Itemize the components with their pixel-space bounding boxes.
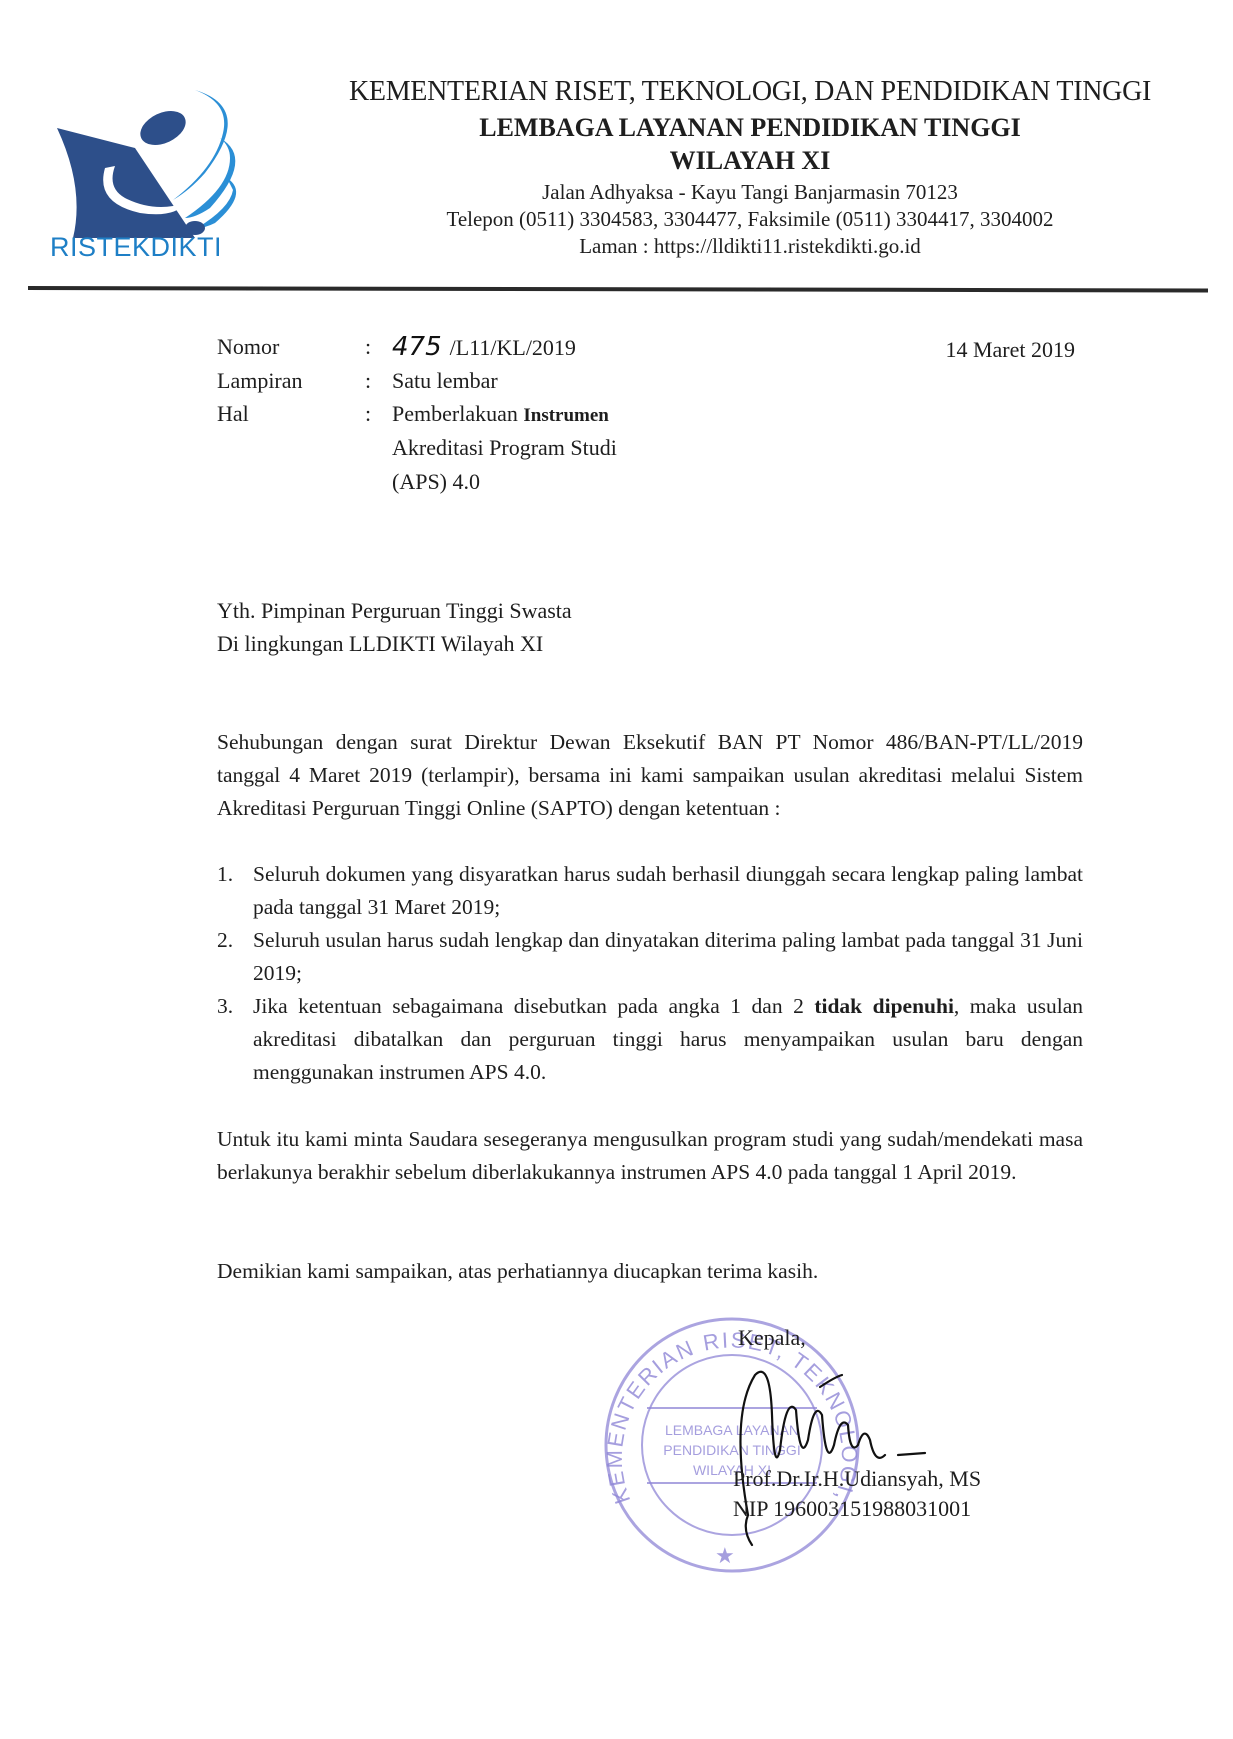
ministry-name: KEMENTERIAN RISET, TEKNOLOGI, DAN PENDID… xyxy=(270,76,1230,108)
list-number: 2. xyxy=(217,924,253,990)
letterhead-divider xyxy=(28,286,1208,292)
lampiran-value: Satu lembar xyxy=(392,365,498,397)
hal-line1: Pemberlakuan Instrumen xyxy=(392,398,609,432)
hal-label: Hal xyxy=(217,398,249,430)
phone-fax: Telepon (0511) 3304583, 3304477, Faksimi… xyxy=(270,207,1230,232)
address: Jalan Adhyaksa - Kayu Tangi Banjarmasin … xyxy=(270,180,1230,205)
nomor-colon: : xyxy=(365,331,371,363)
lampiran-label: Lampiran xyxy=(217,365,303,397)
emphasis-text: tidak dipenuhi xyxy=(814,994,954,1018)
intro-paragraph: Sehubungan dengan surat Direktur Dewan E… xyxy=(217,726,1083,825)
nomor-suffix: /L11/KL/2019 xyxy=(450,335,576,360)
closing-paragraph: Demikian kami sampaikan, atas perhatiann… xyxy=(217,1255,1083,1288)
hal-prefix: Pemberlakuan xyxy=(392,401,523,426)
hal-line2: Akreditasi Program Studi xyxy=(392,432,617,464)
list-number: 1. xyxy=(217,858,253,924)
requirements-list: 1. Seluruh dokumen yang disyaratkan haru… xyxy=(217,858,1083,1089)
signatory-title: Kepala, xyxy=(738,1325,806,1351)
handwritten-signature-icon xyxy=(700,1355,980,1555)
request-paragraph: Untuk itu kami minta Saudara sesegeranya… xyxy=(217,1123,1083,1189)
nomor-handwritten: 475 xyxy=(392,332,442,362)
list-number: 3. xyxy=(217,990,253,1089)
list-text: Seluruh dokumen yang disyaratkan harus s… xyxy=(253,858,1083,924)
lampiran-colon: : xyxy=(365,365,371,397)
letter-date: 14 Maret 2019 xyxy=(945,337,1075,363)
addressee-line2: Di lingkungan LLDIKTI Wilayah XI xyxy=(217,631,543,657)
list-item: 2. Seluruh usulan harus sudah lengkap da… xyxy=(217,924,1083,990)
list-text: Jika ketentuan sebagaimana disebutkan pa… xyxy=(253,990,1083,1089)
addressee-line1: Yth. Pimpinan Perguruan Tinggi Swasta xyxy=(217,598,572,624)
list-item: 3. Jika ketentuan sebagaimana disebutkan… xyxy=(217,990,1083,1089)
institution-name-line2: WILAYAH XI xyxy=(270,146,1230,176)
signatory-name: Prof.Dr.Ir.H.Udiansyah, MS xyxy=(733,1466,981,1492)
logo-wordmark: RISTEKDIKTI xyxy=(50,232,222,263)
nomor-label: Nomor xyxy=(217,331,279,363)
list-item: 1. Seluruh dokumen yang disyaratkan haru… xyxy=(217,858,1083,924)
signatory-nip: NIP 196003151988031001 xyxy=(733,1496,971,1522)
hal-colon: : xyxy=(365,398,371,430)
hal-bold: Instrumen xyxy=(523,405,609,426)
hal-line3: (APS) 4.0 xyxy=(392,466,480,498)
list-text: Seluruh usulan harus sudah lengkap dan d… xyxy=(253,924,1083,990)
nomor-value: 475/L11/KL/2019 xyxy=(392,331,576,364)
website: Laman : https://lldikti11.ristekdikti.go… xyxy=(270,234,1230,259)
institution-name-line1: LEMBAGA LAYANAN PENDIDIKAN TINGGI xyxy=(270,113,1230,143)
